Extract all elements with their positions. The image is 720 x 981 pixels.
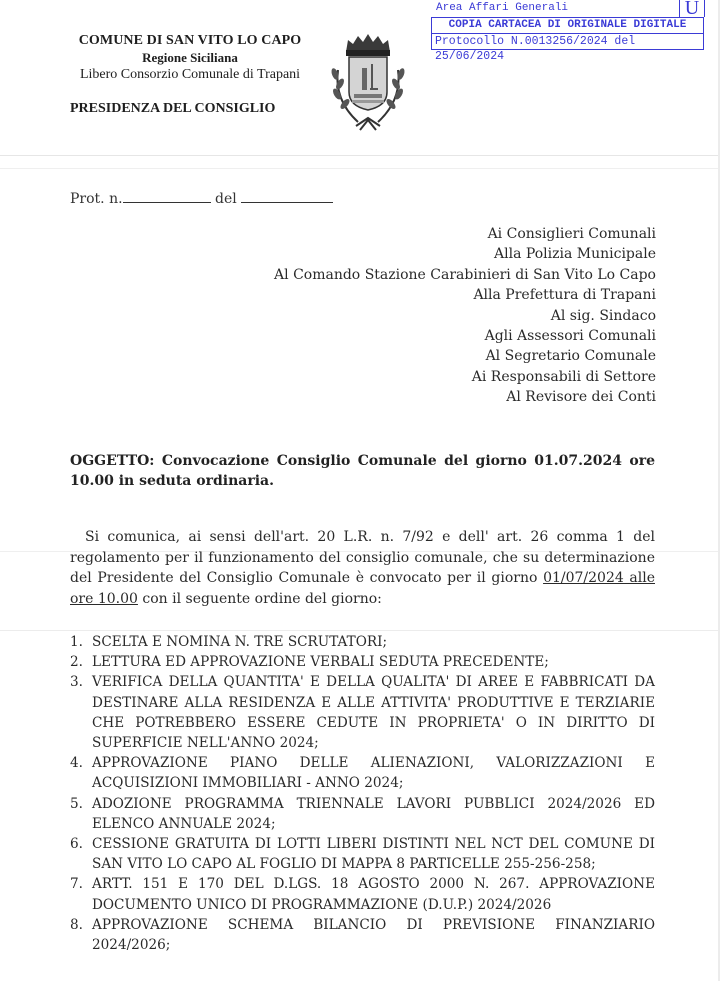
recipients-list: Ai Consiglieri Comunali Alla Polizia Mun… — [274, 224, 656, 408]
recipient: Ai Consiglieri Comunali — [274, 224, 656, 244]
stamp-area-row: Area Affari Generali — [431, 0, 704, 17]
agenda-item: 6.CESSIONE GRATUITA DI LOTTI LIBERI DIST… — [70, 834, 655, 874]
agenda-item: 7.ARTT. 151 E 170 DEL D.LGS. 18 AGOSTO 2… — [70, 874, 655, 914]
recipient: Al Comando Stazione Carabinieri di San V… — [274, 265, 656, 285]
agenda-list: 1.SCELTA E NOMINA N. TRE SCRUTATORI; 2.L… — [70, 632, 655, 955]
agenda-item: 1.SCELTA E NOMINA N. TRE SCRUTATORI; — [70, 632, 655, 652]
agenda-item: 4.APPROVAZIONE PIANO DELLE ALIENAZIONI, … — [70, 753, 655, 793]
stamp-area: Area Affari Generali — [431, 0, 704, 17]
scan-artifact — [0, 155, 720, 156]
protocol-number-blank — [123, 190, 211, 203]
recipient: Al Revisore dei Conti — [274, 387, 656, 407]
consortium-name: Libero Consorzio Comunale di Trapani — [70, 67, 310, 83]
protocol-date-blank — [241, 190, 333, 203]
region-name: Regione Siciliana — [70, 50, 310, 66]
stamp-protocol: Protocollo N.0013256/2024 del 25/06/2024 — [431, 34, 704, 50]
agenda-item: 3.VERIFICA DELLA QUANTITA' E DELLA QUALI… — [70, 672, 655, 753]
scan-artifact — [0, 168, 720, 169]
agenda-item: 8.APPROVAZIONE SCHEMA BILANCIO DI PREVIS… — [70, 915, 655, 955]
recipient: Agli Assessori Comunali — [274, 326, 656, 346]
recipient: Ai Responsabili di Settore — [274, 367, 656, 387]
stamp-title: COPIA CARTACEA DI ORIGINALE DIGITALE — [431, 17, 704, 34]
agenda-item: 5.ADOZIONE PROGRAMMA TRIENNALE LAVORI PU… — [70, 794, 655, 834]
subject-text: Convocazione Consiglio Comunale del gior… — [70, 453, 655, 489]
protocol-stamp: Area Affari Generali U COPIA CARTACEA DI… — [431, 0, 704, 50]
recipient: Al sig. Sindaco — [274, 306, 656, 326]
recipient: Alla Prefettura di Trapani — [274, 285, 656, 305]
office-name: PRESIDENZA DEL CONSIGLIO — [70, 101, 310, 117]
protocol-fields: Prot. n. del — [70, 190, 333, 207]
letterhead: COMUNE DI SAN VITO LO CAPO Regione Sicil… — [70, 33, 310, 117]
body-text-after: con il seguente ordine del giorno: — [138, 591, 382, 607]
body-paragraph: Si comunica, ai sensi dell'art. 20 L.R. … — [70, 527, 655, 609]
subject-line: OGGETTO: Convocazione Consiglio Comunale… — [70, 451, 655, 491]
municipality-name: COMUNE DI SAN VITO LO CAPO — [70, 33, 310, 49]
municipal-coat-of-arms-icon — [318, 30, 418, 134]
recipient: Al Segretario Comunale — [274, 346, 656, 366]
protocol-date-label: del — [215, 191, 237, 207]
recipient: Alla Polizia Municipale — [274, 244, 656, 264]
protocol-number-label: Prot. n. — [70, 191, 123, 207]
agenda-item: 2.LETTURA ED APPROVAZIONE VERBALI SEDUTA… — [70, 652, 655, 672]
stamp-letter: U — [679, 0, 705, 17]
scan-artifact — [0, 630, 720, 631]
subject-label: OGGETTO: — [70, 453, 154, 469]
